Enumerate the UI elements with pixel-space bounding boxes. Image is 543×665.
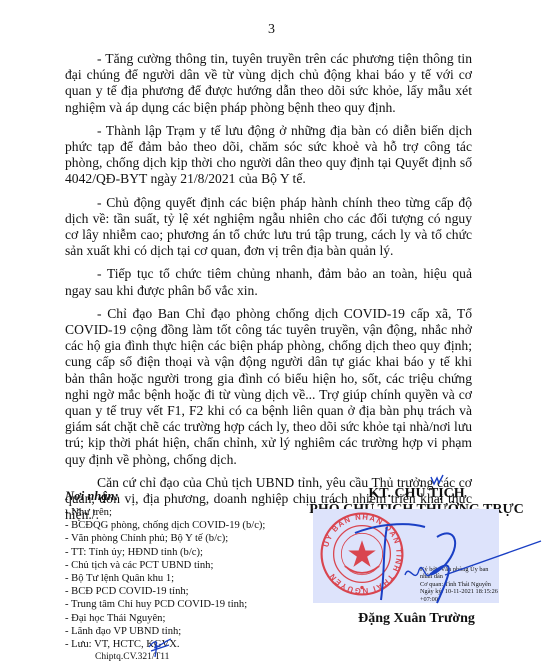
sig-timezone: +07:00 xyxy=(420,596,498,603)
paragraph: - Thành lập Trạm y tế lưu động ở những đ… xyxy=(65,123,472,188)
recipients-title: Nơi nhận: xyxy=(65,489,295,504)
signature-title-line1: KT. CHỦ TỊCH xyxy=(290,486,543,502)
official-seal-icon: ỦY BAN NHÂN DÂN TỈNH THÁI NGUYÊN xyxy=(319,511,405,597)
recipient-item: - TT: Tỉnh ủy; HĐND tỉnh (b/c); xyxy=(65,546,295,559)
recipient-item: - BCĐQG phòng, chống dịch COVID-19 (b/c)… xyxy=(65,519,295,532)
recipient-item: - Đại học Thái Nguyên; xyxy=(65,612,295,625)
recipient-item: - Như trên; xyxy=(65,506,295,519)
recipients-block: Nơi nhận: - Như trên; - BCĐQG phòng, chố… xyxy=(65,489,295,663)
recipient-item: - Bộ Tư lệnh Quân khu 1; xyxy=(65,572,295,585)
paragraph: - Chỉ đạo Ban Chỉ đạo phòng chống dịch C… xyxy=(65,306,472,468)
recipients-list: - Như trên; - BCĐQG phòng, chống dịch CO… xyxy=(65,506,295,651)
document-body: - Tăng cường thông tin, tuyên truyền trê… xyxy=(65,51,472,530)
signer-name: Đặng Xuân Trường xyxy=(290,611,543,627)
recipient-item: - Trung tâm Chỉ huy PCD COVID-19 tỉnh; xyxy=(65,598,295,611)
sig-signed-by: Ký bởi: Văn phòng Ủy ban xyxy=(420,566,498,573)
recipient-item: - BCĐ PCD COVID-19 tỉnh; xyxy=(65,585,295,598)
paragraph: - Chủ động quyết định các biện pháp hành… xyxy=(65,195,472,260)
page-number: 3 xyxy=(0,22,543,38)
recipient-item: - Lãnh đạo VP UBND tỉnh; xyxy=(65,625,295,638)
recipient-item: - Chủ tịch và các PCT UBND tỉnh; xyxy=(65,559,295,572)
recipient-item: - Văn phòng Chính phủ; Bộ Y tế (b/c); xyxy=(65,532,295,545)
file-code: Chiptq.CV.321/T11 xyxy=(65,651,295,663)
sig-date: Ngày ký: 10-11-2021 18:15:26 xyxy=(420,588,498,595)
sig-agency: Cơ quan: Tỉnh Thái Nguyên xyxy=(420,581,498,588)
paragraph: - Tiếp tục tổ chức tiêm chủng nhanh, đảm… xyxy=(65,266,472,298)
paragraph: - Tăng cường thông tin, tuyên truyền trê… xyxy=(65,51,472,116)
digital-signature-meta: Ký bởi: Văn phòng Ủy ban nhân dân Cơ qua… xyxy=(420,566,498,603)
recipient-item: - Lưu: VT, HCTC, KGVX. xyxy=(65,638,295,651)
digital-signature-box: ỦY BAN NHÂN DÂN TỈNH THÁI NGUYÊN Ký bởi:… xyxy=(313,509,499,603)
sig-signed-by-cont: nhân dân xyxy=(420,573,498,580)
